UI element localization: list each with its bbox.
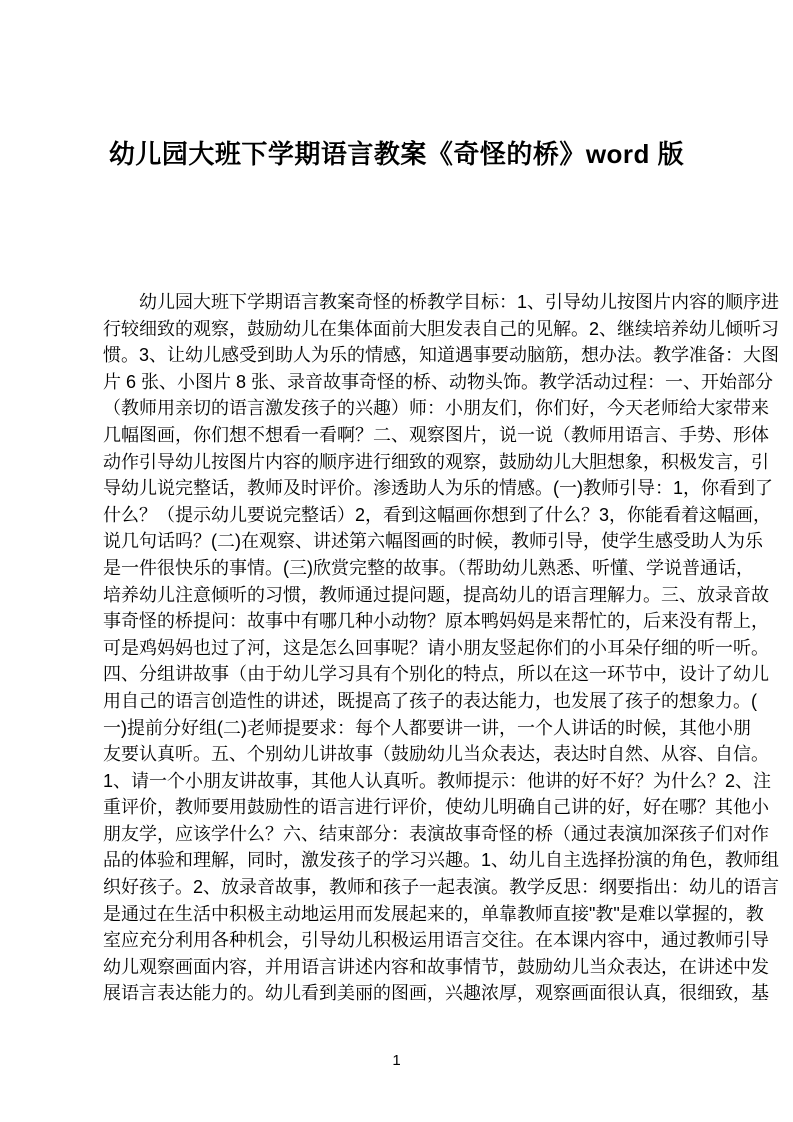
document-body: 幼儿园大班下学期语言教案奇怪的桥教学目标：1、引导幼儿按图片内容的顺序进行较细致… bbox=[103, 289, 779, 1007]
body-text-line: 是通过在生活中积极主动地运用而发展起来的，单靠教师直接"教"是难以掌握的，教 bbox=[103, 901, 779, 928]
body-text-line: 重评价，教师要用鼓励性的语言进行评价，使幼儿明确自己讲的好，好在哪？其他小 bbox=[103, 794, 779, 821]
body-text-line: 幼儿观察画面内容，并用语言讲述内容和故事情节，鼓励幼儿当众表达，在讲述中发 bbox=[103, 954, 779, 981]
body-text-line: 可是鸡妈妈也过了河，这是怎么回事呢？请小朋友竖起你们的小耳朵仔细的听一听。 bbox=[103, 635, 779, 662]
body-text-line: 朋友学，应该学什么？六、结束部分：表演故事奇怪的桥（通过表演加深孩子们对作 bbox=[103, 821, 779, 848]
body-text-line: 用自己的语言创造性的讲述，既提高了孩子的表达能力，也发展了孩子的想象力。( bbox=[103, 688, 779, 715]
body-text-line: 一)提前分好组(二)老师提要求：每个人都要讲一讲，一个人讲话的时候，其他小朋 bbox=[103, 715, 779, 742]
body-text-line: 说几句话吗？(二)在观察、讲述第六幅图画的时候，教师引导，使学生感受助人为乐 bbox=[103, 528, 779, 555]
body-text-line: 品的体验和理解，同时，激发孩子的学习兴趣。1、幼儿自主选择扮演的角色，教师组 bbox=[103, 847, 779, 874]
page-number: 1 bbox=[0, 1051, 793, 1071]
body-text-line: 友要认真听。五、个别幼儿讲故事（鼓励幼儿当众表达，表达时自然、从容、自信。 bbox=[103, 741, 779, 768]
body-text-line: 导幼儿说完整话，教师及时评价。渗透助人为乐的情感。(一)教师引导：1，你看到了 bbox=[103, 475, 779, 502]
body-text-line: 行较细致的观察，鼓励幼儿在集体面前大胆发表自己的见解。2、继续培养幼儿倾听习 bbox=[103, 316, 779, 343]
body-text-line: 培养幼儿注意倾听的习惯，教师通过提问题，提高幼儿的语言理解力。三、放录音故 bbox=[103, 582, 779, 609]
body-text-line: 什么？（提示幼儿要说完整话）2，看到这幅画你想到了什么？3，你能看着这幅画， bbox=[103, 502, 779, 529]
body-text-line: 动作引导幼儿按图片内容的顺序进行细致的观察，鼓励幼儿大胆想象，积极发言，引 bbox=[103, 449, 779, 476]
body-text-line: 四、分组讲故事（由于幼儿学习具有个别化的特点，所以在这一环节中，设计了幼儿 bbox=[103, 661, 779, 688]
body-text-line: 是一件很快乐的事情。(三)欣赏完整的故事。（帮助幼儿熟悉、听懂、学说普通话， bbox=[103, 555, 779, 582]
body-text-line: 织好孩子。2、放录音故事，教师和孩子一起表演。教学反思：纲要指出：幼儿的语言 bbox=[103, 874, 779, 901]
document-title: 幼儿园大班下学期语言教案《奇怪的桥》word 版 bbox=[0, 137, 793, 171]
body-text-line: 幼儿园大班下学期语言教案奇怪的桥教学目标：1、引导幼儿按图片内容的顺序进 bbox=[103, 289, 779, 316]
body-text-line: 室应充分利用各种机会，引导幼儿积极运用语言交往。在本课内容中，通过教师引导 bbox=[103, 927, 779, 954]
body-text-line: 惯。3、让幼儿感受到助人为乐的情感，知道遇事要动脑筋，想办法。教学准备：大图 bbox=[103, 342, 779, 369]
body-text-line: 展语言表达能力的。幼儿看到美丽的图画，兴趣浓厚，观察画面很认真，很细致，基 bbox=[103, 980, 779, 1007]
document-page: 幼儿园大班下学期语言教案《奇怪的桥》word 版 幼儿园大班下学期语言教案奇怪的… bbox=[0, 0, 793, 1122]
body-text-line: 几幅图画，你们想不想看一看啊？二、观察图片，说一说（教师用语言、手势、形体 bbox=[103, 422, 779, 449]
body-text-line: 片 6 张、小图片 8 张、录音故事奇怪的桥、动物头饰。教学活动过程：一、开始部… bbox=[103, 369, 779, 396]
body-text-line: （教师用亲切的语言激发孩子的兴趣）师：小朋友们，你们好，今天老师给大家带来 bbox=[103, 395, 779, 422]
body-text-line: 1、请一个小朋友讲故事，其他人认真听。教师提示：他讲的好不好？为什么？2、注 bbox=[103, 768, 779, 795]
body-text-line: 事奇怪的桥提问：故事中有哪几种小动物？原本鸭妈妈是来帮忙的，后来没有帮上， bbox=[103, 608, 779, 635]
